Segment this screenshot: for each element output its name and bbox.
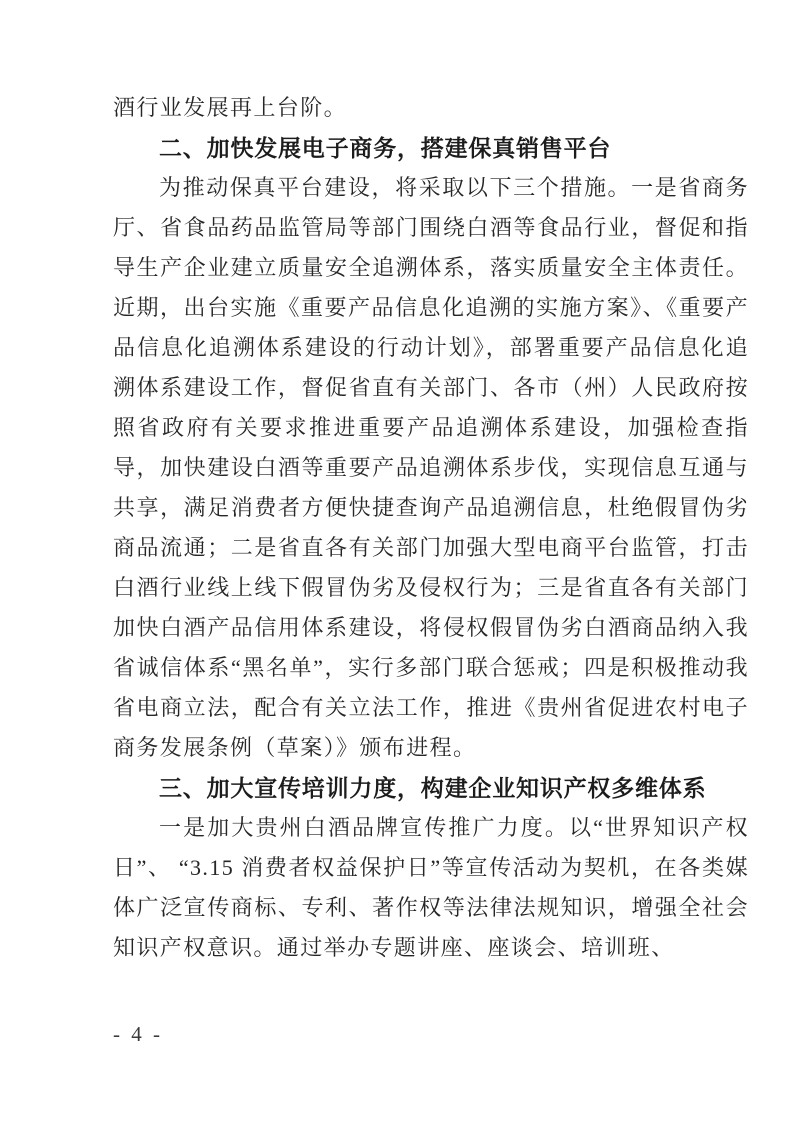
section-heading: 二、加快发展电子商务，搭建保真销售平台 xyxy=(113,128,749,168)
body-paragraph: 酒行业发展再上台阶。 xyxy=(113,88,749,128)
document-page: 酒行业发展再上台阶。二、加快发展电子商务，搭建保真销售平台为推动保真平台建设，将… xyxy=(0,0,800,1131)
body-paragraph: 为推动保真平台建设，将采取以下三个措施。一是省商务厅、省食品药品监管局等部门围绕… xyxy=(113,168,749,768)
body-paragraph: 一是加大贵州白酒品牌宣传推广力度。以“世界知识产权日”、 “3.15 消费者权益… xyxy=(113,808,749,968)
document-body: 酒行业发展再上台阶。二、加快发展电子商务，搭建保真销售平台为推动保真平台建设，将… xyxy=(113,88,749,968)
page-number: - 4 - xyxy=(113,1022,163,1046)
section-heading: 三、加大宣传培训力度，构建企业知识产权多维体系 xyxy=(113,768,749,808)
